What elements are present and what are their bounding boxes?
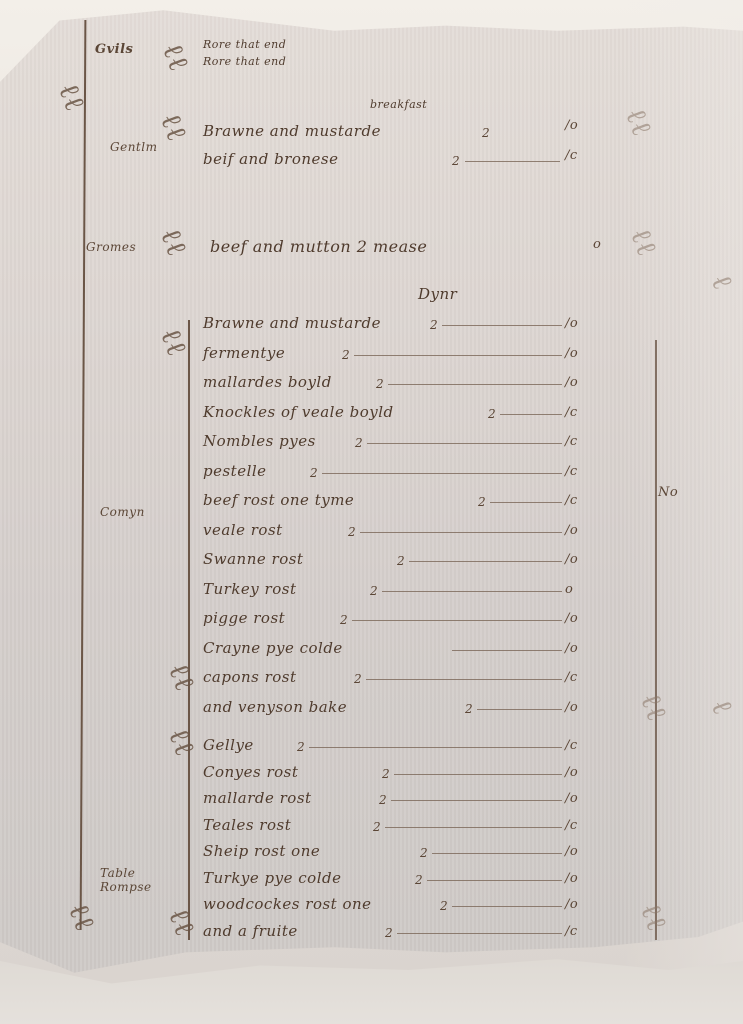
entry-text: Gellye <box>203 736 254 754</box>
ruled-line <box>477 709 562 710</box>
entry-mark: /o <box>565 375 578 390</box>
ruled-line <box>354 355 562 356</box>
entry-text: Conyes rost <box>203 763 298 781</box>
header-line-1: Rore that end <box>203 38 286 51</box>
entry-mark: /o <box>565 523 578 538</box>
entry-text: mallarde rost <box>203 789 312 807</box>
ruled-line <box>382 591 562 592</box>
entry-text: Nombles pyes <box>203 432 316 450</box>
entry-mark: /o <box>565 316 578 331</box>
ruled-line <box>490 502 562 503</box>
ruled-line <box>432 853 562 854</box>
entry-mark: /o <box>565 611 578 626</box>
entry-text: fermentye <box>203 344 285 362</box>
ruled-line <box>367 443 562 444</box>
main-course-margin-note: Gromes <box>86 240 136 254</box>
ruled-line <box>452 650 562 651</box>
ruled-line <box>427 880 562 881</box>
entry-text: capons rost <box>203 668 297 686</box>
entry-quantity: 2 <box>370 584 378 598</box>
entry-quantity: 2 <box>430 318 438 332</box>
entry-quantity: 2 <box>415 873 423 887</box>
entry-mark: /c <box>565 738 578 753</box>
entry-mark: /o <box>565 552 578 567</box>
ruled-line <box>452 906 562 907</box>
entry-quantity: 2 <box>355 436 363 450</box>
entry-text: pestelle <box>203 462 267 480</box>
entry-text: pigge rost <box>203 609 285 627</box>
entry-quantity: 2 <box>382 767 390 781</box>
ruled-line <box>409 561 562 562</box>
entry-text: veale rost <box>203 521 283 539</box>
entry-mark: /o <box>565 700 578 715</box>
entry-text: Turkye pye colde <box>203 869 341 887</box>
entry-quantity: 2 <box>354 672 362 686</box>
entry-mark: /c <box>565 493 578 508</box>
entry-quantity: 2 <box>488 407 496 421</box>
entry-mark: /c <box>565 464 578 479</box>
inner-margin-rule <box>188 320 190 940</box>
ruled-line <box>352 620 562 621</box>
entry-quantity: 2 <box>420 846 428 860</box>
main-course-mark: o <box>593 237 601 252</box>
breakfast-margin-note: Gentlm <box>110 140 157 154</box>
ruled-line <box>394 774 562 775</box>
entry-mark: /o <box>565 844 578 859</box>
supper-margin-note: Table Rompse <box>100 866 170 894</box>
entry-mark: /o <box>565 346 578 361</box>
header-line-2: Rore that end <box>203 55 286 68</box>
ruled-line <box>360 532 562 533</box>
entry-quantity: 2 <box>385 926 393 940</box>
entry-text: woodcockes rost one <box>203 895 372 913</box>
ruled-line <box>388 384 562 385</box>
entry-text: Swanne rost <box>203 550 303 568</box>
entry-mark: /c <box>565 405 578 420</box>
header-left-mark: Gvils <box>95 42 133 57</box>
entry-quantity: 2 <box>342 348 350 362</box>
entry-text: beef rost one tyme <box>203 491 354 509</box>
entry-mark: /c <box>565 818 578 833</box>
entry-text: Knockles of veale boyld <box>203 403 394 421</box>
entry-mark: /o <box>565 897 578 912</box>
entry-text: Brawne and mustarde <box>203 314 381 332</box>
entry-mark: /c <box>565 434 578 449</box>
ruled-line <box>366 679 562 680</box>
dinner-subheading: Dynr <box>418 285 457 303</box>
entry-quantity: 2 <box>478 495 486 509</box>
entry-text: Sheip rost one <box>203 842 320 860</box>
ruled-line <box>442 325 562 326</box>
dinner-margin-note: Comyn <box>100 505 145 519</box>
entry-quantity: 2 <box>348 525 356 539</box>
ruled-line <box>322 473 562 474</box>
entry-text: and venyson bake <box>203 698 347 716</box>
entry-text: Teales rost <box>203 816 291 834</box>
entry-quantity: 2 <box>379 793 387 807</box>
main-course-entry: beef and mutton 2 mease <box>210 237 427 256</box>
entry-text: Crayne pye colde <box>203 639 343 657</box>
entry-quantity: 2 <box>373 820 381 834</box>
entry-quantity: 2 <box>440 899 448 913</box>
entry-text: mallardes boyld <box>203 373 332 391</box>
entry-quantity: 2 <box>376 377 384 391</box>
entry-mark: o <box>565 582 573 597</box>
ruled-line <box>309 747 562 748</box>
entry-mark: /o <box>565 641 578 656</box>
ruled-line <box>500 414 562 415</box>
entry-text: Turkey rost <box>203 580 296 598</box>
entry-mark: /o <box>565 765 578 780</box>
entry-quantity: 2 <box>340 613 348 627</box>
page-lighting <box>623 0 743 1024</box>
breakfast-heading: breakfast <box>370 98 427 111</box>
entry-quantity: 2 <box>310 466 318 480</box>
entry-text: and a fruite <box>203 922 298 940</box>
entry-quantity: 2 <box>397 554 405 568</box>
ruled-line <box>385 827 562 828</box>
entry-quantity: 2 <box>465 702 473 716</box>
ruled-line <box>397 933 562 934</box>
right-margin-rule <box>655 340 657 940</box>
entry-mark: /o <box>565 791 578 806</box>
entry-mark: /c <box>565 670 578 685</box>
entry-mark: /o <box>565 871 578 886</box>
entry-mark: /c <box>565 924 578 939</box>
right-margin-mark: No <box>658 485 678 500</box>
ruled-line <box>391 800 562 801</box>
entry-quantity: 2 <box>297 740 305 754</box>
